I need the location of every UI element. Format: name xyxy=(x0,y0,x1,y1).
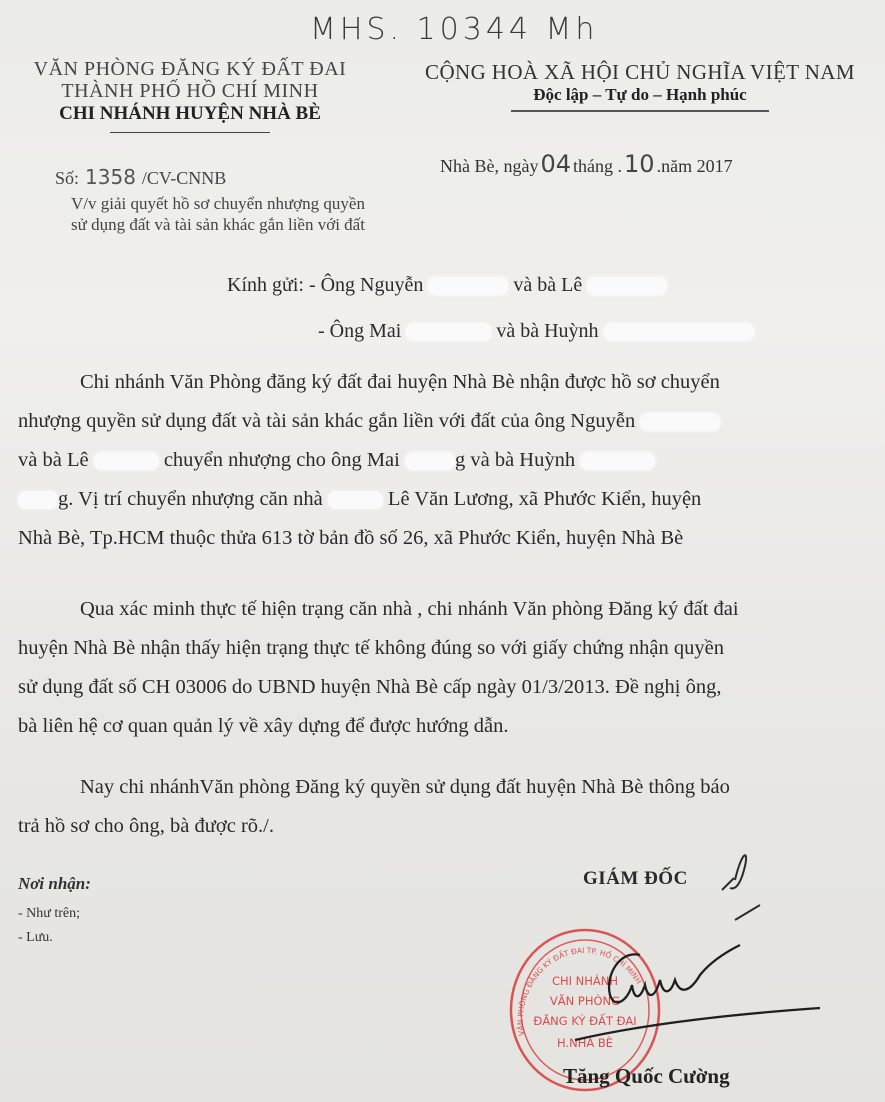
svg-text:VĂN PHÒNG: VĂN PHÒNG xyxy=(550,993,620,1008)
recipients-label: Kính gửi: xyxy=(227,274,304,296)
subject-line-2: sử dụng đất và tài sản khác gắn liền với… xyxy=(28,214,408,235)
paragraph-1: Chi nhánh Văn Phòng đăng ký đất đai huyệ… xyxy=(18,363,858,558)
p2-line: Qua xác minh thực tế hiện trạng căn nhà … xyxy=(18,590,858,629)
agency-branch: CHI NHÁNH HUYỆN NHÀ BÈ xyxy=(30,102,350,125)
recipient-1b: và bà Lê xyxy=(513,274,582,296)
redaction-block xyxy=(604,323,754,341)
recipient-line-2: - Ông Mai và bà Huỳnh xyxy=(318,320,754,343)
redaction-block xyxy=(640,413,720,431)
redaction-block xyxy=(18,491,58,509)
subject-line-1: V/v giải quyết hồ sơ chuyển nhượng quyền xyxy=(28,193,408,214)
svg-text:CHI NHÁNH: CHI NHÁNH xyxy=(552,973,618,988)
doc-number-suffix: /CV-CNNB xyxy=(142,168,226,188)
p3-line: trả hồ sơ cho ông, bà được rõ./. xyxy=(18,807,858,846)
redaction-block xyxy=(406,323,491,341)
recipient-line-1: Kính gửi: - Ông Nguyễn và bà Lê xyxy=(227,274,667,297)
p1-line: Chi nhánh Văn Phòng đăng ký đất đai huyệ… xyxy=(18,363,858,402)
p1-line: nhượng quyền sử dụng đất và tài sản khác… xyxy=(18,410,635,432)
p2-line: sử dụng đất số CH 03006 do UBND huyện Nh… xyxy=(18,668,858,707)
p1-line: g và bà Huỳnh xyxy=(455,449,575,471)
agency-line-1: VĂN PHÒNG ĐĂNG KÝ ĐẤT ĐAI xyxy=(30,58,350,80)
p2-line: huyện Nhà Bè nhận thấy hiện trạng thực t… xyxy=(18,629,858,668)
header-divider xyxy=(110,132,270,133)
recipients-footer-item: - Lưu. xyxy=(18,930,53,946)
signatory-name: Tăng Quốc Cường xyxy=(563,1064,730,1089)
svg-text:H.NHÀ BÈ: H.NHÀ BÈ xyxy=(557,1035,613,1050)
redaction-block xyxy=(328,491,383,509)
agency-line-2: THÀNH PHỐ HỒ CHÍ MINH xyxy=(30,80,350,102)
issuing-agency-header: VĂN PHÒNG ĐĂNG KÝ ĐẤT ĐAI THÀNH PHỐ HỒ C… xyxy=(30,58,350,133)
p2-line: bà liên hệ cơ quan quản lý về xây dựng đ… xyxy=(18,707,858,746)
p1-line: và bà Lê xyxy=(18,449,89,471)
redaction-block xyxy=(587,277,667,295)
redaction-block xyxy=(94,452,159,470)
national-header: CỘNG HOÀ XÃ HỘI CHỦ NGHĨA VIỆT NAM Độc l… xyxy=(420,60,860,112)
redaction-block xyxy=(405,452,455,470)
subject-line: V/v giải quyết hồ sơ chuyển nhượng quyền… xyxy=(28,193,408,235)
date-year: năm 2017 xyxy=(661,156,733,176)
handwritten-reference: MHS. 10344 Mh xyxy=(310,12,598,47)
recipient-2b: và bà Huỳnh xyxy=(496,320,598,342)
redaction-block xyxy=(580,452,655,470)
date-month: 10 xyxy=(622,150,657,178)
date-month-label: tháng xyxy=(573,156,613,176)
p1-line: chuyển nhượng cho ông Mai xyxy=(164,449,400,471)
p1-line: Nhà Bè, Tp.HCM thuộc thửa 613 tờ bản đồ … xyxy=(18,519,858,558)
p1-line: g. Vị trí chuyển nhượng căn nhà xyxy=(58,488,323,510)
redaction-block xyxy=(428,277,508,295)
date-place: Nhà Bè, ngày xyxy=(440,156,538,176)
doc-number-value: 1358 xyxy=(79,165,142,189)
svg-text:ĐĂNG KÝ ĐẤT ĐAI: ĐĂNG KÝ ĐẤT ĐAI xyxy=(533,1012,636,1028)
paragraph-3: Nay chi nhánhVăn phòng Đăng ký quyền sử … xyxy=(18,768,858,846)
document-number: Số:1358/CV-CNNB xyxy=(55,165,226,189)
recipients-footer-title: Nơi nhận: xyxy=(18,874,91,894)
p3-line: Nay chi nhánhVăn phòng Đăng ký quyền sử … xyxy=(18,768,858,807)
paragraph-2: Qua xác minh thực tế hiện trạng căn nhà … xyxy=(18,590,858,746)
recipient-1a: - Ông Nguyễn xyxy=(309,274,423,296)
country-name: CỘNG HOÀ XÃ HỘI CHỦ NGHĨA VIỆT NAM xyxy=(420,60,860,84)
signatory-title: GIÁM ĐỐC xyxy=(583,868,688,890)
date-day: 04 xyxy=(538,150,573,178)
national-motto: Độc lập – Tự do – Hạnh phúc xyxy=(420,84,860,106)
p1-line: Lê Văn Lương, xã Phước Kiển, huyện xyxy=(388,488,701,510)
doc-number-label: Số: xyxy=(55,168,79,188)
recipient-2a: - Ông Mai xyxy=(318,320,401,342)
motto-underline xyxy=(511,110,769,112)
issue-date: Nhà Bè, ngày04tháng .10.năm 2017 xyxy=(440,150,733,178)
recipients-footer-item: - Như trên; xyxy=(18,906,80,922)
